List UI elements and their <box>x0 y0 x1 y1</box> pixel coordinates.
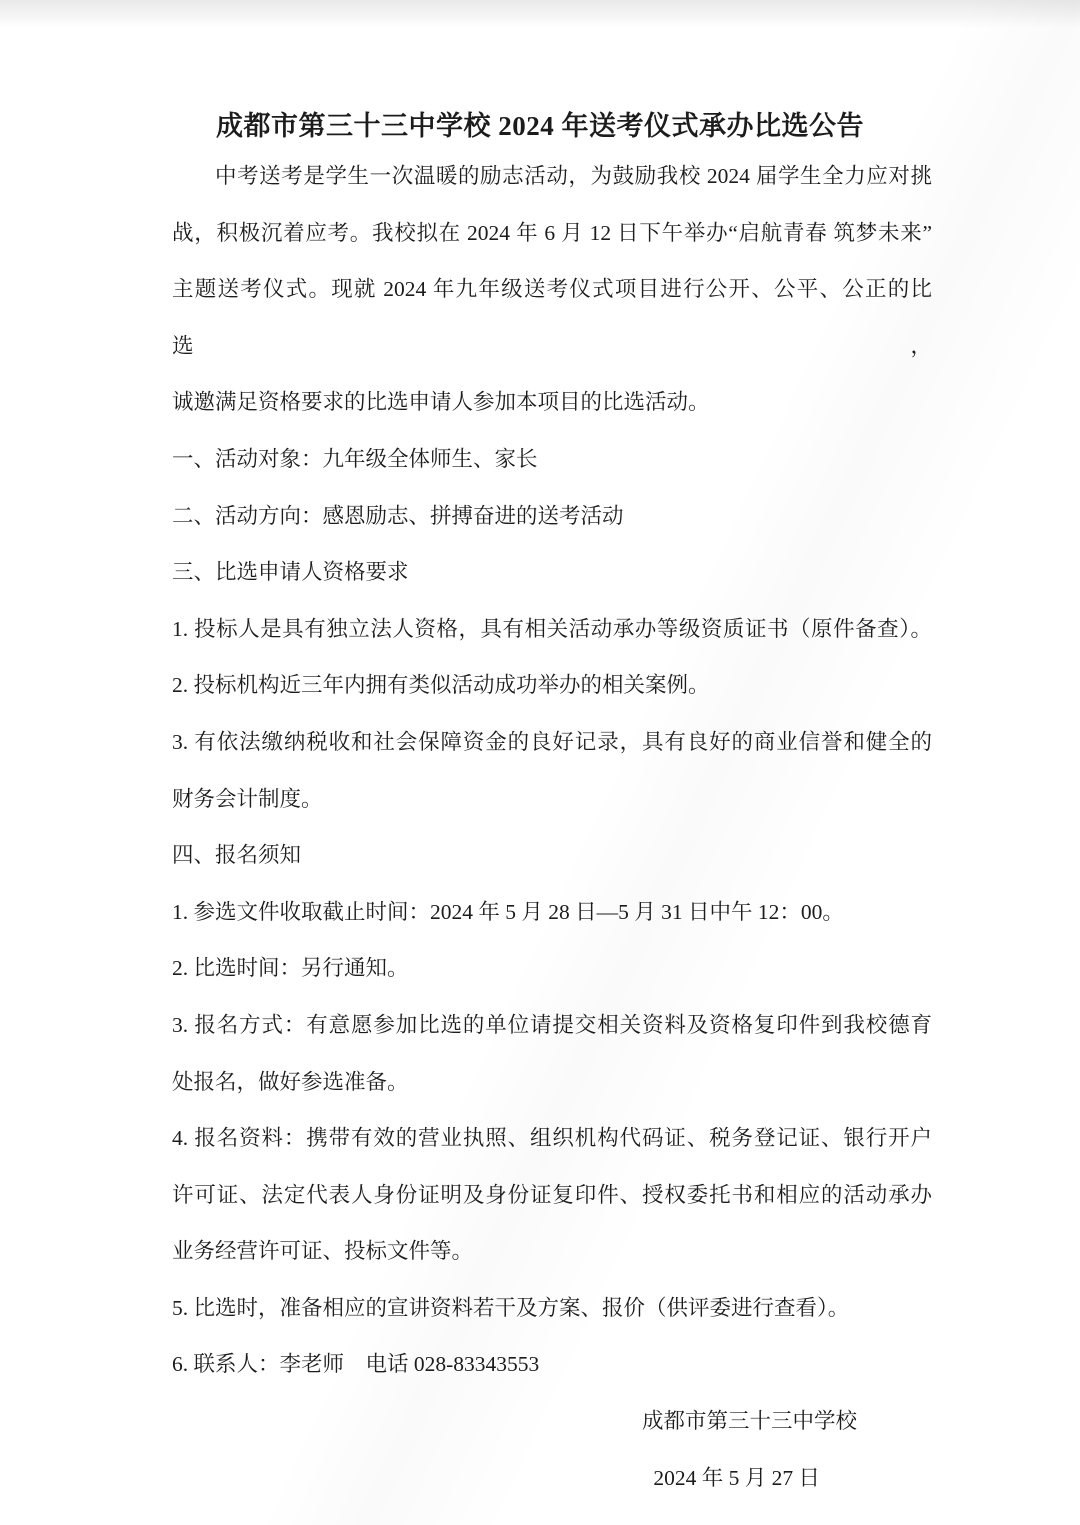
page: 成都市第三十三中学校 2024 年送考仪式承办比选公告 中考送考是学生一次温暖的… <box>0 0 1080 1525</box>
document-line: 诚邀满足资格要求的比选申请人参加本项目的比选活动。 <box>172 374 932 431</box>
document-line: 四、报名须知 <box>172 827 932 884</box>
document-line: 处报名，做好参选准备。 <box>172 1054 932 1111</box>
document-line: 2. 投标机构近三年内拥有类似活动成功举办的相关案例。 <box>172 657 932 714</box>
document-line: 5. 比选时，准备相应的宣讲资料若干及方案、报价（供评委进行查看）。 <box>172 1280 932 1337</box>
document-line: 战，积极沉着应考。我校拟在 2024 年 6 月 12 日下午举办“启航青春 筑… <box>172 205 932 262</box>
document-line: 主题送考仪式。现就 2024 年九年级送考仪式项目进行公开、公平、公正的比选， <box>172 261 932 374</box>
document-line: 二、活动方向：感恩励志、拼搏奋进的送考活动 <box>172 488 932 545</box>
document-line: 1. 参选文件收取截止时间：2024 年 5 月 28 日—5 月 31 日中午… <box>172 884 932 941</box>
signature-date: 2024 年 5 月 27 日 <box>172 1450 932 1507</box>
document-line: 财务会计制度。 <box>172 771 932 828</box>
document-line: 一、活动对象：九年级全体师生、家长 <box>172 431 932 488</box>
document-line: 1. 投标人是具有独立法人资格，具有相关活动承办等级资质证书（原件备查）。 <box>172 601 932 658</box>
document-line: 3. 有依法缴纳税收和社会保障资金的良好记录，具有良好的商业信誉和健全的 <box>172 714 932 771</box>
document-body: 中考送考是学生一次温暖的励志活动，为鼓励我校 2024 届学生全力应对挑战，积极… <box>172 148 932 1506</box>
document-title: 成都市第三十三中学校 2024 年送考仪式承办比选公告 <box>0 0 1080 148</box>
document-line: 2. 比选时间：另行通知。 <box>172 940 932 997</box>
document-line: 业务经营许可证、投标文件等。 <box>172 1223 932 1280</box>
document-line: 4. 报名资料：携带有效的营业执照、组织机构代码证、税务登记证、银行开户 <box>172 1110 932 1167</box>
document-lines: 中考送考是学生一次温暖的励志活动，为鼓励我校 2024 届学生全力应对挑战，积极… <box>172 148 932 1393</box>
signature-org: 成都市第三十三中学校 <box>172 1393 932 1450</box>
document-line: 许可证、法定代表人身份证明及身份证复印件、授权委托书和相应的活动承办 <box>172 1167 932 1224</box>
document-line: 三、比选申请人资格要求 <box>172 544 932 601</box>
document-line: 6. 联系人：李老师 电话 028-83343553 <box>172 1336 932 1393</box>
document-line: 中考送考是学生一次温暖的励志活动，为鼓励我校 2024 届学生全力应对挑 <box>172 148 932 205</box>
document-line: 3. 报名方式：有意愿参加比选的单位请提交相关资料及资格复印件到我校德育 <box>172 997 932 1054</box>
